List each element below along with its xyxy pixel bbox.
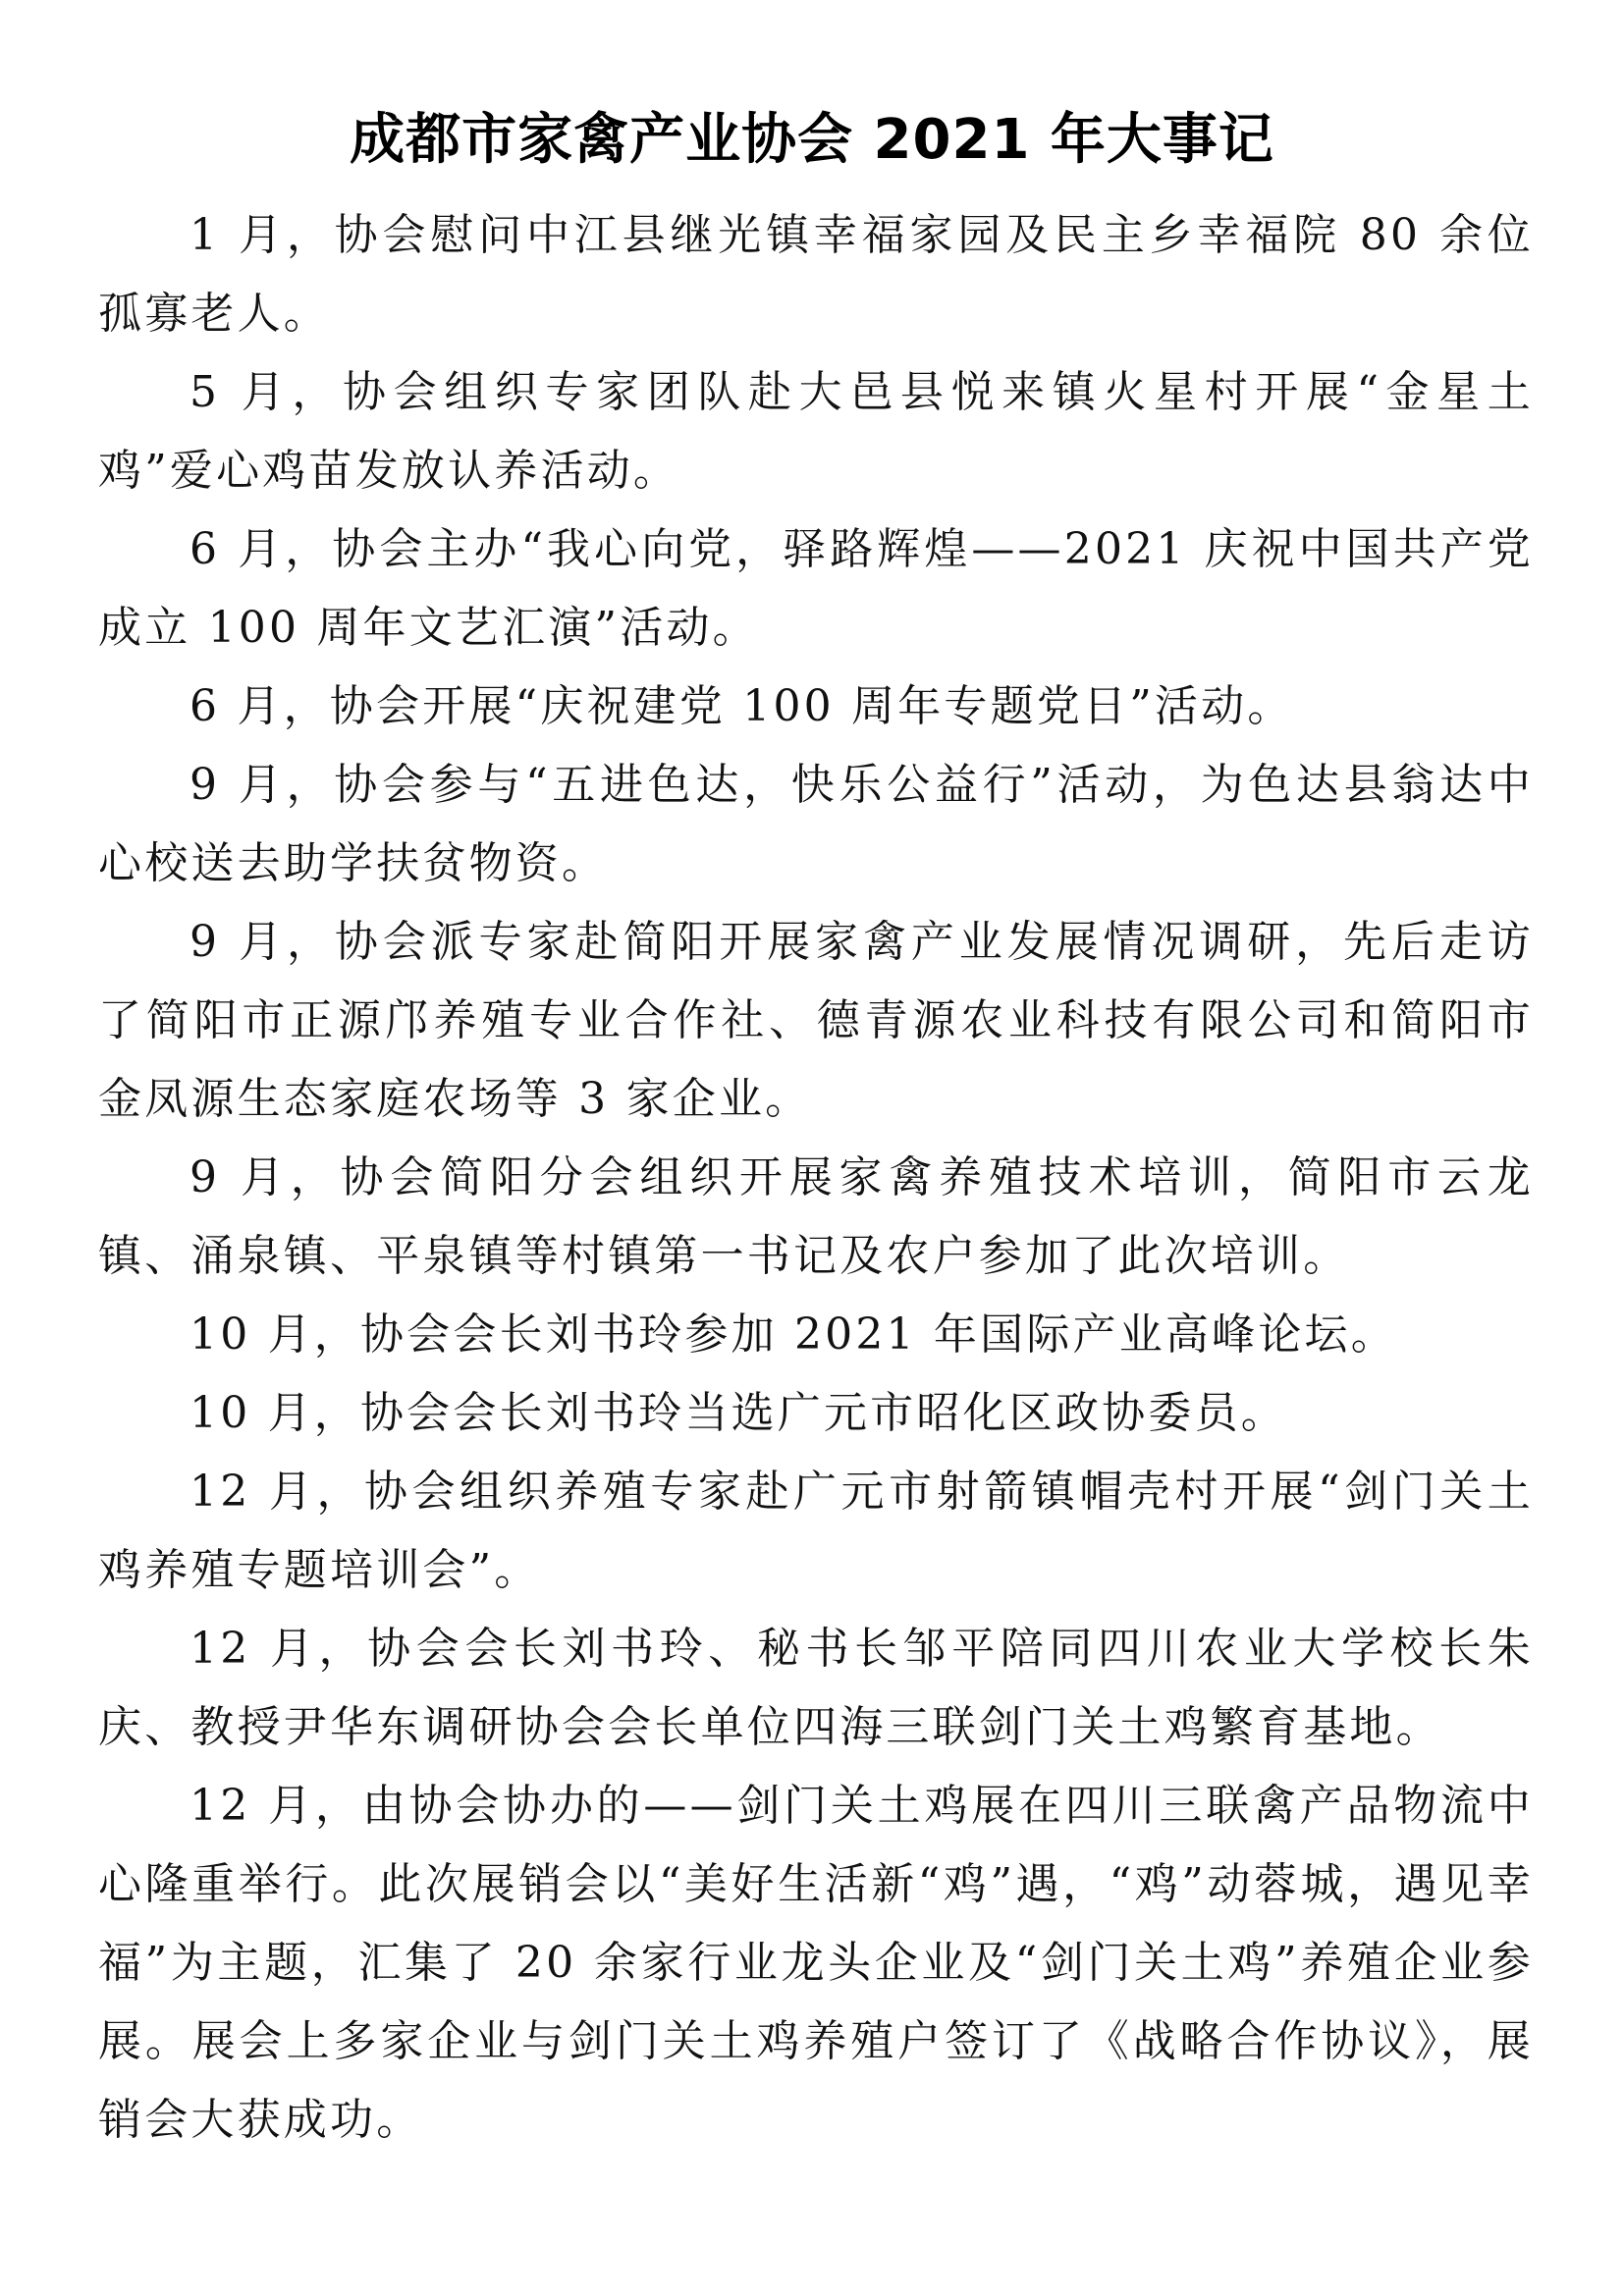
event-paragraph-sep-3: 9 月，协会简阳分会组织开展家禽养殖技术培训，简阳市云龙镇、涌泉镇、平泉镇等村镇… <box>98 1139 1534 1296</box>
event-paragraph-oct-2: 10 月，协会会长刘书玲当选广元市昭化区政协委员。 <box>98 1374 1534 1453</box>
event-paragraph-may: 5 月，协会组织专家团队赴大邑县悦来镇火星村开展“金星土鸡”爱心鸡苗发放认养活动… <box>98 353 1534 510</box>
event-paragraph-jun-2: 6 月，协会开展“庆祝建党 100 周年专题党日”活动。 <box>98 667 1534 746</box>
event-paragraph-jun-1: 6 月，协会主办“我心向党，驿路辉煌——2021 庆祝中国共产党成立 100 周… <box>98 510 1534 667</box>
document-title: 成都市家禽产业协会 2021 年大事记 <box>0 106 1624 175</box>
event-paragraph-dec-2: 12 月，协会会长刘书玲、秘书长邹平陪同四川农业大学校长朱庆、教授尹华东调研协会… <box>98 1610 1534 1767</box>
event-paragraph-dec-3: 12 月，由协会协办的——剑门关土鸡展在四川三联禽产品物流中心隆重举行。此次展销… <box>98 1767 1534 2160</box>
event-paragraph-dec-1: 12 月，协会组织养殖专家赴广元市射箭镇帽壳村开展“剑门关土鸡养殖专题培训会”。 <box>98 1453 1534 1610</box>
event-paragraph-jan: 1 月，协会慰问中江县继光镇幸福家园及民主乡幸福院 80 余位孤寡老人。 <box>98 196 1534 353</box>
event-paragraph-sep-1: 9 月，协会参与“五进色达，快乐公益行”活动，为色达县翁达中心校送去助学扶贫物资… <box>98 746 1534 903</box>
document-page: 成都市家禽产业协会 2021 年大事记 1 月，协会慰问中江县继光镇幸福家园及民… <box>0 0 1624 2296</box>
event-paragraph-oct-1: 10 月，协会会长刘书玲参加 2021 年国际产业高峰论坛。 <box>98 1296 1534 1374</box>
event-paragraph-sep-2: 9 月，协会派专家赴简阳开展家禽产业发展情况调研，先后走访了简阳市正源邝养殖专业… <box>98 903 1534 1139</box>
event-list: 1 月，协会慰问中江县继光镇幸福家园及民主乡幸福院 80 余位孤寡老人。 5 月… <box>98 196 1534 2160</box>
